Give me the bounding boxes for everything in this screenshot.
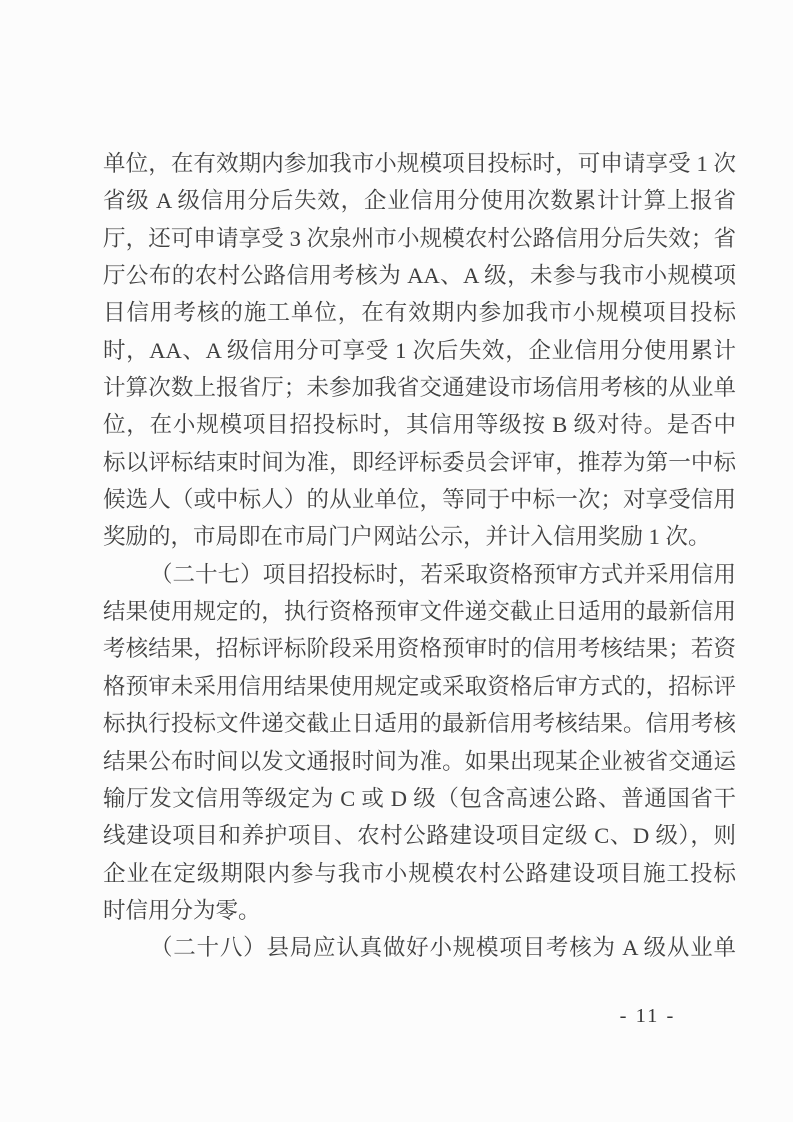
text-line: 结果使用规定的，执行资格预审文件递交截止日适用的最新信用: [103, 593, 736, 630]
text-line: 单位，在有效期内参加我市小规模项目投标时，可申请享受 1 次: [103, 145, 736, 182]
text-line: 线建设项目和养护项目、农村公路建设项目定级 C、D 级），则该: [103, 817, 736, 854]
text-line: 考核结果，招标评标阶段采用资格预审时的信用考核结果；若资: [103, 630, 736, 667]
text-line: 输厅发文信用等级定为 C 或 D 级（包含高速公路、普通国省干: [103, 780, 736, 817]
text-line: 位，在小规模项目招投标时，其信用等级按 B 级对待。是否中: [103, 406, 736, 443]
text-line: 标以评标结束时间为准，即经评标委员会评审，推荐为第一中标: [103, 444, 736, 481]
text-line: 时，AA、A 级信用分可享受 1 次后失效，企业信用分使用累计: [103, 332, 736, 369]
text-line: 标执行投标文件递交截止日适用的最新信用考核结果。信用考核: [103, 705, 736, 742]
text-line: 时信用分为零。: [103, 892, 736, 929]
text-line: 计算次数上报省厅；未参加我省交通建设市场信用考核的从业单: [103, 369, 736, 406]
text-line: 候选人（或中标人）的从业单位，等同于中标一次；对享受信用: [103, 481, 736, 518]
text-line: 结果公布时间以发文通报时间为准。如果出现某企业被省交通运: [103, 743, 736, 780]
text-line: 奖励的，市局即在市局门户网站公示，并计入信用奖励 1 次。: [103, 518, 736, 555]
text-line: （二十八）县局应认真做好小规模项目考核为 A 级从业单: [103, 929, 736, 966]
text-line: 省级 A 级信用分后失效，企业信用分使用次数累计计算上报省: [103, 182, 736, 219]
text-line: 厅，还可申请享受 3 次泉州市小规模农村公路信用分后失效；省: [103, 220, 736, 257]
text-line: 厅公布的农村公路信用考核为 AA、A 级，未参与我市小规模项: [103, 257, 736, 294]
text-line: 企业在定级期限内参与我市小规模农村公路建设项目施工投标: [103, 855, 736, 892]
document-page: 单位，在有效期内参加我市小规模项目投标时，可申请享受 1 次 省级 A 级信用分…: [0, 0, 793, 1122]
page-number: - 11 -: [600, 1002, 695, 1030]
text-block: 单位，在有效期内参加我市小规模项目投标时，可申请享受 1 次 省级 A 级信用分…: [103, 145, 736, 967]
text-line: 目信用考核的施工单位，在有效期内参加我市小规模项目投标: [103, 294, 736, 331]
text-line: 格预审未采用信用结果使用规定或采取资格后审方式的，招标评: [103, 668, 736, 705]
text-line: （二十七）项目招投标时，若采取资格预审方式并采用信用: [103, 556, 736, 593]
